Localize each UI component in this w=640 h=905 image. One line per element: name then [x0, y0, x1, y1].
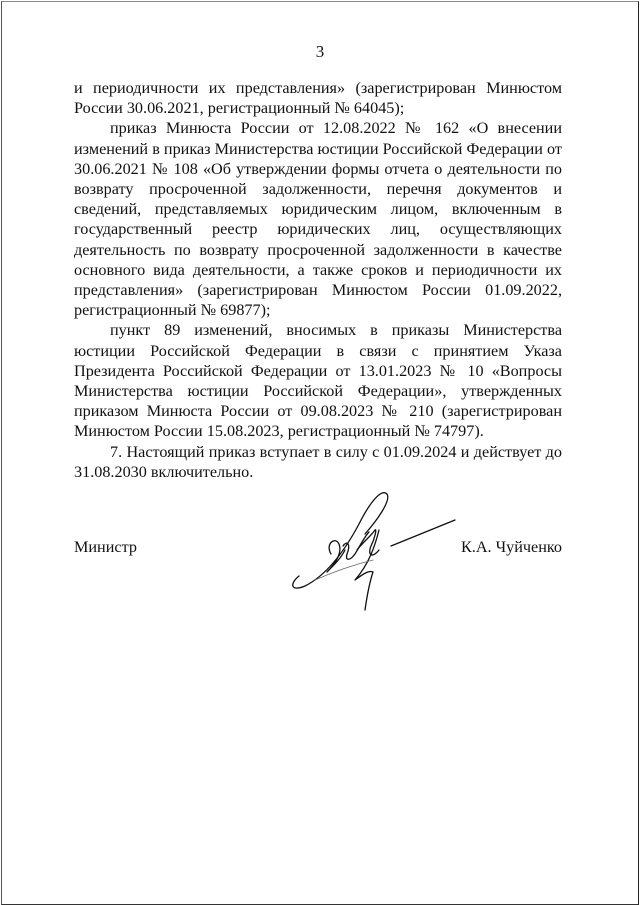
- paragraph-effective-date: 7. Настоящий приказ вступает в силу с 01…: [74, 442, 562, 482]
- signatory-name: К.А. Чуйченко: [461, 538, 562, 557]
- paragraph-order-162: приказ Минюста России от 12.08.2022 № 16…: [74, 118, 562, 320]
- paragraph-item-89: пункт 89 изменений, вносимых в приказы М…: [74, 320, 562, 441]
- handwritten-signature-icon: [285, 484, 460, 614]
- paragraph-continuation: и периодичности их представления» (зарег…: [74, 78, 562, 118]
- signatory-title: Министр: [74, 538, 137, 557]
- page-number: 3: [0, 42, 640, 62]
- document-body: и периодичности их представления» (зарег…: [74, 78, 562, 482]
